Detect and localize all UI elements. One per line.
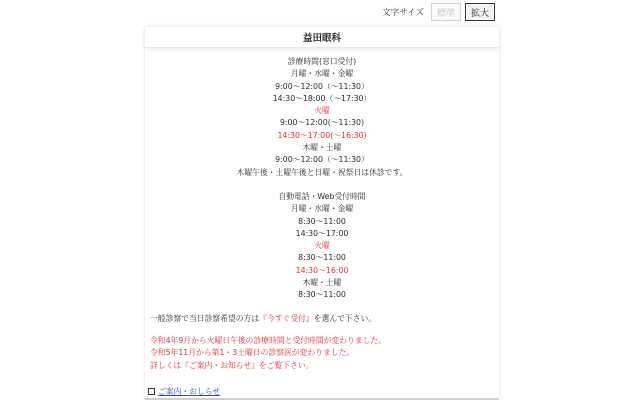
days-thu-sat: 木曜・土曜 [145, 277, 499, 289]
info-link-row: ご案内・おしらせ [145, 386, 499, 398]
font-size-control: 文字サイズ 標準 拡大 [382, 2, 495, 22]
font-size-large-button[interactable]: 拡大 [465, 3, 495, 21]
days-mon-wed-fri: 月曜・水曜・金曜 [145, 203, 499, 215]
hours-line: 8:30〜11:00 [145, 216, 499, 228]
window-hours-heading: 診療時間(窓口受付) [145, 56, 499, 68]
general-consultation-note: 一般診察で当日診察希望の方は『今すぐ受付』を選んで下さい。 [145, 313, 499, 325]
clinic-info-panel: 益田眼科 診療時間(窓口受付) 月曜・水曜・金曜 9:00〜12:00（〜11:… [145, 27, 499, 400]
hours-line: 9:00〜12:00(〜11:30) [145, 117, 499, 129]
hours-line: 8:30〜11:00 [145, 289, 499, 301]
square-bullet-icon [148, 388, 155, 395]
font-size-label: 文字サイズ [382, 6, 424, 18]
phone-web-hours-heading: 自動電話・Web受付時間 [145, 191, 499, 203]
hours-line: 8:30〜11:00 [145, 252, 499, 264]
clinic-name-title: 益田眼科 [145, 27, 499, 48]
hours-line-changed: 14:30〜17:00(〜16:30) [145, 130, 499, 142]
window-hours-section: 診療時間(窓口受付) 月曜・水曜・金曜 9:00〜12:00（〜11:30） 1… [145, 56, 499, 179]
font-size-standard-button[interactable]: 標準 [431, 3, 461, 21]
notice-line: 令和5年11月から第1・3土曜日の診察医が変わりました。 [150, 347, 499, 359]
hours-line: 9:00〜12:00（〜11:30） [145, 81, 499, 93]
days-mon-wed-fri: 月曜・水曜・金曜 [145, 68, 499, 80]
days-thu-sat: 木曜・土曜 [145, 142, 499, 154]
days-tuesday: 火曜 [145, 105, 499, 117]
phone-web-hours-section: 自動電話・Web受付時間 月曜・水曜・金曜 8:30〜11:00 14:30〜1… [145, 191, 499, 302]
panel-content: 診療時間(窓口受付) 月曜・水曜・金曜 9:00〜12:00（〜11:30） 1… [145, 48, 499, 398]
notice-line: 令和4年9月から火曜日午後の診療時間と受付時間が変わりました。 [150, 335, 499, 347]
note-text-before: 一般診察で当日診察希望の方は [150, 314, 259, 323]
note-highlight: 『今すぐ受付』 [259, 314, 314, 323]
days-tuesday: 火曜 [145, 240, 499, 252]
notice-line: 詳しくは『ご案内・お知らせ』をご覧下さい。 [150, 360, 499, 372]
info-notice-link[interactable]: ご案内・おしらせ [158, 386, 220, 398]
hours-line: 9:00〜12:00（〜11:30） [145, 154, 499, 166]
note-text-after: を選んで下さい。 [314, 314, 376, 323]
notices-block: 令和4年9月から火曜日午後の診療時間と受付時間が変わりました。 令和5年11月か… [145, 335, 499, 372]
hours-line: 14:30〜17:00 [145, 228, 499, 240]
hours-line-changed: 14:30〜16:00 [145, 265, 499, 277]
closed-days-note: 木曜午後・土曜午後と日曜・祝祭日は休診です。 [145, 167, 499, 179]
hours-line: 14:30〜18:00（〜17:30） [145, 93, 499, 105]
